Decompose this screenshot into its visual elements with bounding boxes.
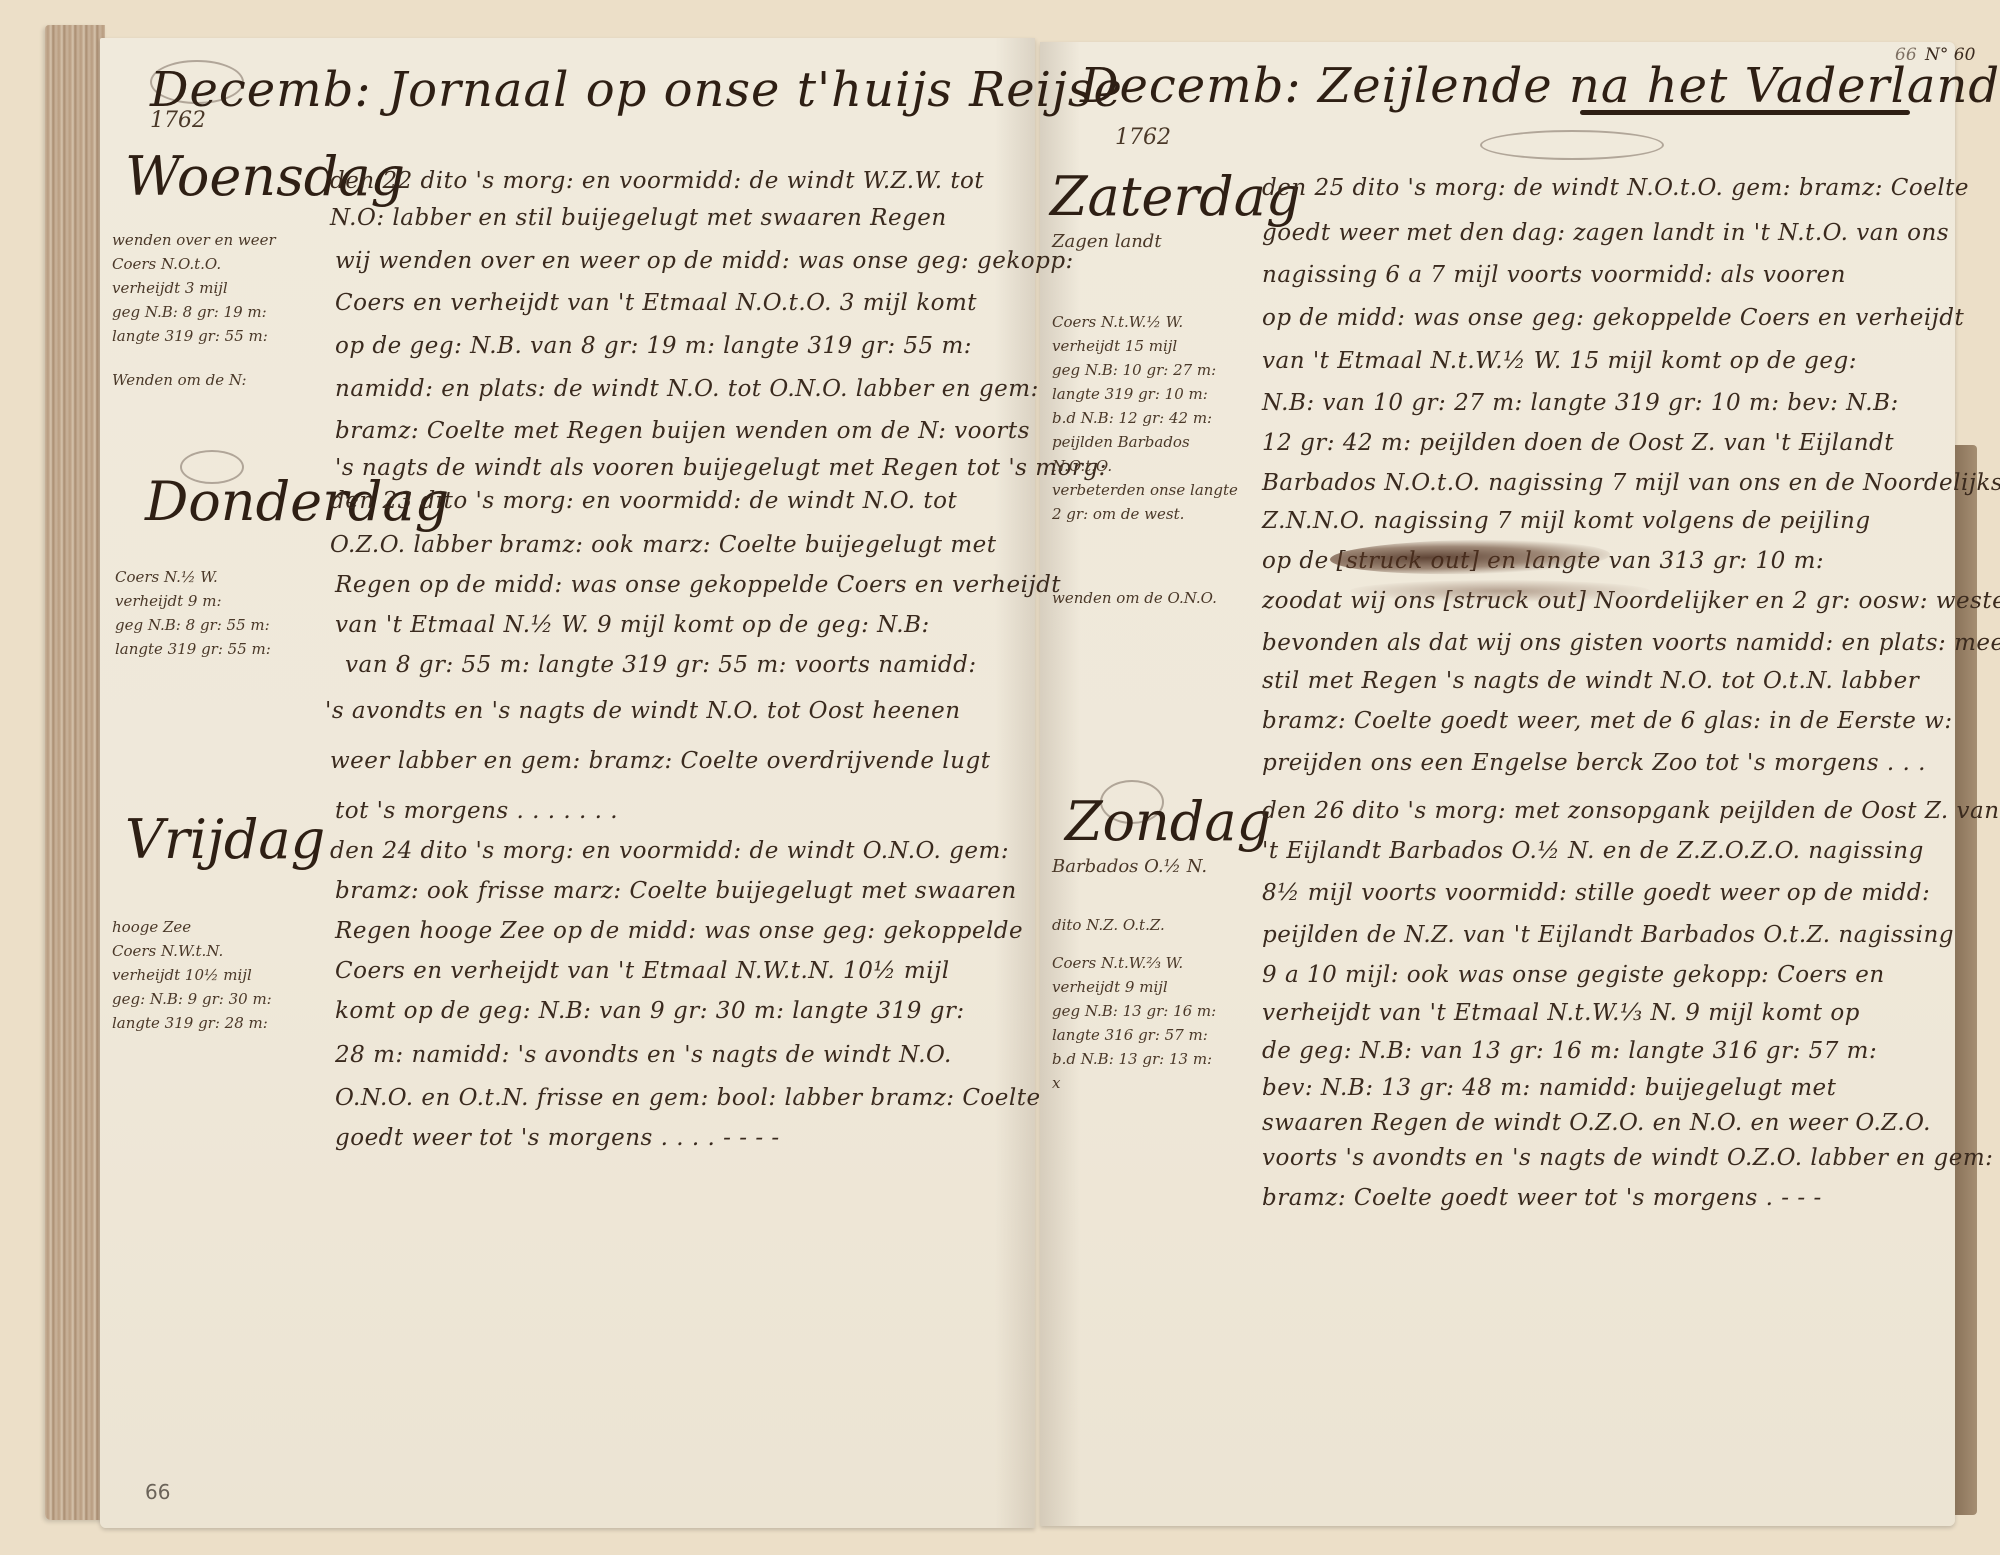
day-label-zondag: Zondag [1065,790,1271,853]
margin-line: geg N.B: 8 gr: 19 m: [112,300,276,324]
entry-line: 't Eijlandt Barbados O.½ N. en de Z.Z.O.… [1262,838,1924,864]
entry-line: 12 gr: 42 m: peijlden doen de Oost Z. va… [1262,430,1894,456]
margin-line: Barbados O.½ N. [1052,855,1216,879]
margin-spacer [112,348,276,368]
margin-line: geg N.B: 8 gr: 55 m: [115,613,271,637]
entry-line: den 23 dito 's morg: en voormidd: de win… [330,488,957,514]
entry-line: stil met Regen 's nagts de windt N.O. to… [1262,668,1919,694]
margin-line: langte 319 gr: 55 m: [115,637,271,661]
folio-number-top: 66 [1895,45,1917,65]
entry-line: bramz: Coelte goedt weer tot 's morgens … [1262,1185,1822,1211]
entry-line: peijlden de N.Z. van 't Eijlandt Barbado… [1262,922,1954,948]
margin-line: verbeterden onse langte [1052,478,1238,502]
entry-line: O.N.O. en O.t.N. frisse en gem: bool: la… [335,1085,1041,1111]
margin-line: Wenden om de N: [112,368,276,392]
margin-line: Coers N.½ W. [115,565,271,589]
right-page-year: 1762 [1115,125,1171,150]
margin-note: Coers N.½ W. verheijdt 9 m: geg N.B: 8 g… [115,565,271,661]
margin-line: geg: N.B: 9 gr: 30 m: [112,987,272,1011]
margin-line: verheijdt 9 m: [115,589,271,613]
entry-line: 9 a 10 mijl: ook was onse gegiste gekopp… [1262,962,1885,988]
margin-spacer [1052,254,1238,310]
margin-line: verheijdt 3 mijl [112,276,276,300]
entry-line: van 't Etmaal N.t.W.½ W. 15 mijl komt op… [1262,348,1857,374]
entry-line: N.B: van 10 gr: 27 m: langte 319 gr: 10 … [1262,390,1899,416]
entry-line: bramz: Coelte met Regen buijen wenden om… [335,418,1030,444]
entry-line: 8½ mijl voorts voormidd: stille goedt we… [1262,880,1930,906]
entry-line: den 26 dito 's morg: met zonsopgank peij… [1262,798,2000,824]
left-page-year: 1762 [150,108,206,133]
entry-line: namidd: en plats: de windt N.O. tot O.N.… [335,376,1039,402]
margin-note: Barbados O.½ N. dito N.Z. O.t.Z. Coers N… [1052,855,1216,1095]
ink-blot-strikeout [1350,580,1650,602]
entry-line: bev: N.B: 13 gr: 48 m: namidd: buijegelu… [1262,1075,1836,1101]
entry-line: op de geg: N.B. van 8 gr: 19 m: langte 3… [335,333,972,359]
entry-line: 28 m: namidd: 's avondts en 's nagts de … [335,1042,952,1068]
entry-line: Regen hooge Zee op de midd: was onse geg… [335,918,1023,944]
margin-line: Zagen landt [1052,230,1238,254]
entry-line: van 't Etmaal N.½ W. 9 mijl komt op de g… [335,612,930,638]
right-page-heading: Decemb: Zeijlende na het Vaderlandt [1080,58,2000,114]
entry-line: den 22 dito 's morg: en voormidd: de win… [330,168,984,194]
margin-line: x [1052,1071,1216,1095]
margin-line: Coers N.t.W.⅔ W. [1052,951,1216,975]
folio-number-bottom: 66 [145,1480,170,1504]
entry-line: goedt weer tot 's morgens . . . . - - - … [335,1125,780,1151]
margin-spacer [1052,526,1238,586]
margin-line: Coers N.O.t.O. [112,252,276,276]
margin-line: hooge Zee [112,915,272,939]
entry-line: wij wenden over en weer op de midd: was … [335,248,1074,274]
entry-line: bevonden als dat wij ons gisten voorts n… [1262,630,2000,656]
entry-line: verheijdt van 't Etmaal N.t.W.⅓ N. 9 mij… [1262,1000,1860,1026]
margin-line: wenden om de O.N.O. [1052,586,1238,610]
entry-line: Coers en verheijdt van 't Etmaal N.O.t.O… [335,290,977,316]
entry-line: preijden ons een Engelse berck Zoo tot '… [1262,750,1926,776]
margin-line: langte 319 gr: 10 m: [1052,382,1238,406]
entry-line: weer labber en gem: bramz: Coelte overdr… [330,748,990,774]
margin-line: Coers N.W.t.N. [112,939,272,963]
entry-line: Coers en verheijdt van 't Etmaal N.W.t.N… [335,958,950,984]
margin-line: dito N.Z. O.t.Z. [1052,913,1216,937]
entry-line: swaaren Regen de windt O.Z.O. en N.O. en… [1262,1110,1931,1136]
flourish-ornament [1480,130,1664,160]
entry-line: op de midd: was onse geg: gekoppelde Coe… [1262,305,1964,331]
margin-line: N.O.t.O. [1052,454,1238,478]
margin-note: hooge Zee Coers N.W.t.N. verheijdt 10½ m… [112,915,272,1035]
margin-line: Coers N.t.W.½ W. [1052,310,1238,334]
margin-line: wenden over en weer [112,228,276,252]
margin-note: wenden over en weer Coers N.O.t.O. verhe… [112,228,276,392]
entry-line: tot 's morgens . . . . . . . [335,798,618,824]
day-label-vrijdag: Vrijdag [125,808,325,871]
left-page-heading: Decemb: Jornaal op onse t'huijs Reijse [150,62,1123,118]
margin-line: b.d N.B: 12 gr: 42 m: [1052,406,1238,430]
margin-line: 2 gr: om de west. [1052,502,1238,526]
entry-line: bramz: ook frisse marz: Coelte buijegelu… [335,878,1017,904]
entry-line: goedt weer met den dag: zagen landt in '… [1262,220,1949,246]
folio-note-top: N° 60 [1925,45,1975,65]
margin-line: langte 316 gr: 57 m: [1052,1023,1216,1047]
right-page-heading-text: Decemb: Zeijlende na het Vaderlandt [1080,58,2000,114]
margin-spacer [1052,879,1216,913]
open-journal-book: Decemb: Jornaal op onse t'huijs Reijse 1… [0,0,2000,1555]
entry-line: Barbados N.O.t.O. nagissing 7 mijl van o… [1262,470,2000,496]
margin-line: b.d N.B: 13 gr: 13 m: [1052,1047,1216,1071]
entry-line: bramz: Coelte goedt weer, met de 6 glas:… [1262,708,1953,734]
entry-line: van 8 gr: 55 m: langte 319 gr: 55 m: voo… [345,652,977,678]
entry-line: Z.N.N.O. nagissing 7 mijl komt volgens d… [1262,508,1871,534]
margin-note: Zagen landt Coers N.t.W.½ W. verheijdt 1… [1052,230,1238,610]
margin-line: verheijdt 9 mijl [1052,975,1216,999]
entry-line: den 25 dito 's morg: de windt N.O.t.O. g… [1262,175,1969,201]
margin-line: geg N.B: 13 gr: 16 m: [1052,999,1216,1023]
heading-underline [1580,110,1910,115]
entry-line: komt op de geg: N.B: van 9 gr: 30 m: lan… [335,998,965,1024]
entry-line: N.O: labber en stil buijegelugt met swaa… [330,205,947,231]
entry-line: 's nagts de windt als vooren buijegelugt… [335,455,1107,481]
page-edge-stack [45,25,105,1520]
margin-line: verheijdt 10½ mijl [112,963,272,987]
entry-line: Regen op de midd: was onse gekoppelde Co… [335,572,1061,598]
margin-line: peijlden Barbados [1052,430,1238,454]
margin-line: langte 319 gr: 28 m: [112,1011,272,1035]
entry-line: O.Z.O. labber bramz: ook marz: Coelte bu… [330,532,996,558]
entry-line: 's avondts en 's nagts de windt N.O. tot… [325,698,961,724]
margin-line: verheijdt 15 mijl [1052,334,1238,358]
entry-line: voorts 's avondts en 's nagts de windt O… [1262,1145,1993,1171]
entry-line: den 24 dito 's morg: en voormidd: de win… [330,838,1009,864]
margin-line: geg N.B: 10 gr: 27 m: [1052,358,1238,382]
margin-line: langte 319 gr: 55 m: [112,324,276,348]
entry-line: de geg: N.B: van 13 gr: 16 m: langte 316… [1262,1038,1877,1064]
entry-line: nagissing 6 a 7 mijl voorts voormidd: al… [1262,262,1846,288]
